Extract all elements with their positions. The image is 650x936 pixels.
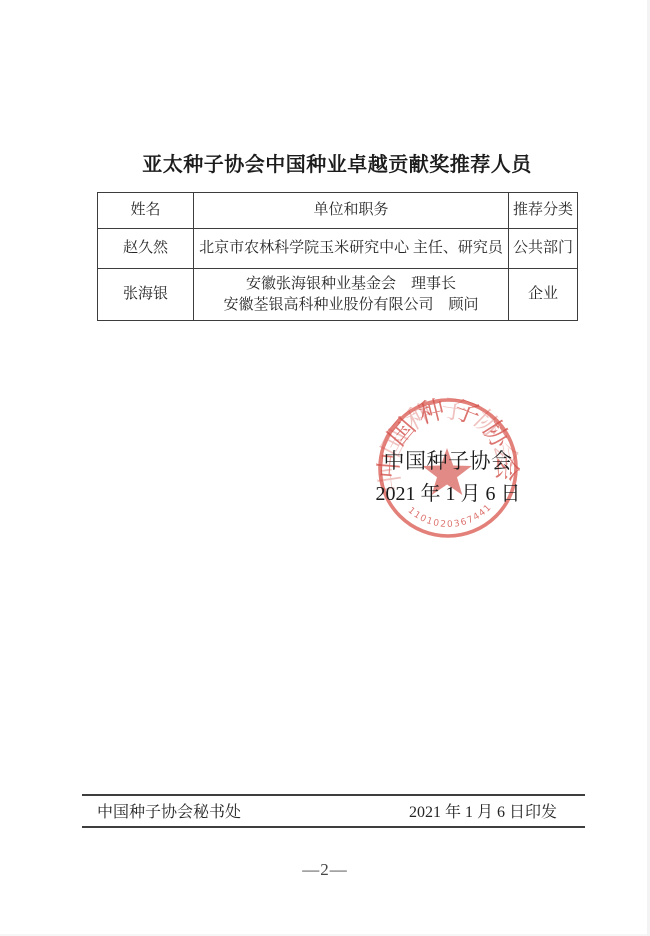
footer: 中国种子协会秘书处 2021 年 1 月 6 日印发: [82, 799, 585, 822]
unit-line: 安徽荃银高科种业股份有限公司 顾问: [198, 295, 504, 316]
page-number: —2—: [0, 860, 650, 880]
header-name: 姓名: [98, 193, 194, 229]
cell-category: 公共部门: [509, 229, 578, 269]
table-row: 赵久然 北京市农林科学院玉米研究中心 主任、研究员 公共部门: [98, 229, 578, 269]
table-header-row: 姓名 单位和职务 推荐分类: [98, 193, 578, 229]
page-title: 亚太种子协会中国种业卓越贡献奖推荐人员: [97, 148, 577, 177]
unit-line: 北京市农林科学院玉米研究中心 主任、研究员: [198, 238, 504, 259]
seal-date-text: 2021 年 1 月 6 日: [368, 477, 528, 506]
cell-name: 赵久然: [98, 229, 194, 269]
footer-rule-bottom: [82, 826, 585, 828]
cell-unit-position: 安徽张海银种业基金会 理事长 安徽荃银高科种业股份有限公司 顾问: [194, 269, 509, 321]
document-page: 亚太种子协会中国种业卓越贡献奖推荐人员 姓名 单位和职务 推荐分类 赵久然 北京…: [0, 0, 650, 936]
recommendation-table: 姓名 单位和职务 推荐分类 赵久然 北京市农林科学院玉米研究中心 主任、研究员 …: [97, 192, 578, 321]
header-unit-position: 单位和职务: [194, 193, 509, 229]
cell-unit-position: 北京市农林科学院玉米研究中心 主任、研究员: [194, 229, 509, 269]
cell-category: 企业: [509, 269, 578, 321]
unit-line: 安徽张海银种业基金会 理事长: [198, 274, 504, 295]
header-category: 推荐分类: [509, 193, 578, 229]
footer-rule-top: [82, 794, 585, 796]
cell-name: 张海银: [98, 269, 194, 321]
footer-issuer: 中国种子协会秘书处: [82, 799, 241, 822]
table-row: 张海银 安徽张海银种业基金会 理事长 安徽荃银高科种业股份有限公司 顾问 企业: [98, 269, 578, 321]
seal-org-text: 中国种子协会: [373, 445, 523, 475]
footer-print-date: 2021 年 1 月 6 日印发: [409, 799, 585, 822]
